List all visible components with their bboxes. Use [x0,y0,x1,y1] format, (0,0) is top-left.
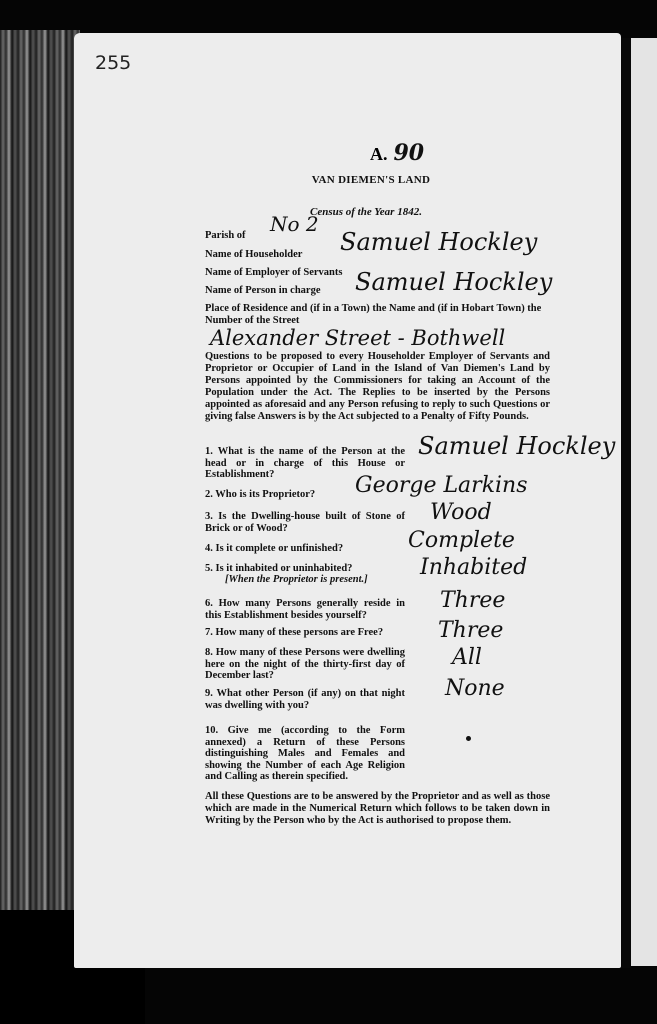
question-6: 6. How many Persons generally reside in … [205,598,405,621]
field-value-residence: Alexander Street - Bothwell [210,326,505,350]
field-label-residence: Place of Residence and (if in a Town) th… [205,303,550,327]
field-label-person-in-charge: Name of Person in charge [205,285,320,296]
question-10: 10. Give me (according to the Form annex… [205,725,405,783]
form-number-handwritten: 90 [394,140,425,166]
footer-paragraph: All these Questions are to be answered b… [205,791,550,827]
answer-1: Samuel Hockley [418,432,615,460]
question-7: 7. How many of these persons are Free? [205,627,405,639]
instructions-paragraph: Questions to be proposed to every Househ… [205,351,550,423]
question-9: 9. What other Person (if any) on that ni… [205,688,405,711]
document-subtitle: Census of the Year 1842. [310,206,422,218]
answer-2: George Larkins [355,473,528,498]
book-page-edges [0,30,80,910]
question-5: 5. Is it inhabited or uninhabited? [205,563,405,575]
form-label: A. [370,144,388,164]
answer-9: None [445,676,505,701]
field-value-householder: Samuel Hockley [340,228,537,256]
field-label-employer: Name of Employer of Servants [205,267,342,278]
answer-8: All [452,645,482,670]
field-label-householder: Name of Householder [205,249,302,260]
question-5-note: [When the Proprietor is present.] [225,574,425,586]
answer-6: Three [440,588,505,613]
answer-3: Wood [430,500,492,525]
question-4: 4. Is it complete or unfinished? [205,543,405,555]
document-title: VAN DIEMEN'S LAND [0,174,657,186]
answer-7: Three [438,618,503,643]
question-8: 8. How many of these Persons were dwelli… [205,647,405,682]
form-number: A.90 [370,140,424,166]
page-number: 255 [95,52,131,74]
field-value-person-in-charge: Samuel Hockley [355,268,552,296]
answer-4: Complete [408,528,515,553]
field-value-parish: No 2 [270,212,319,236]
ink-dot [466,736,471,741]
question-3: 3. Is the Dwelling-house built of Stone … [205,511,405,534]
answer-5: Inhabited [420,555,527,580]
field-label-parish: Parish of [205,230,246,241]
